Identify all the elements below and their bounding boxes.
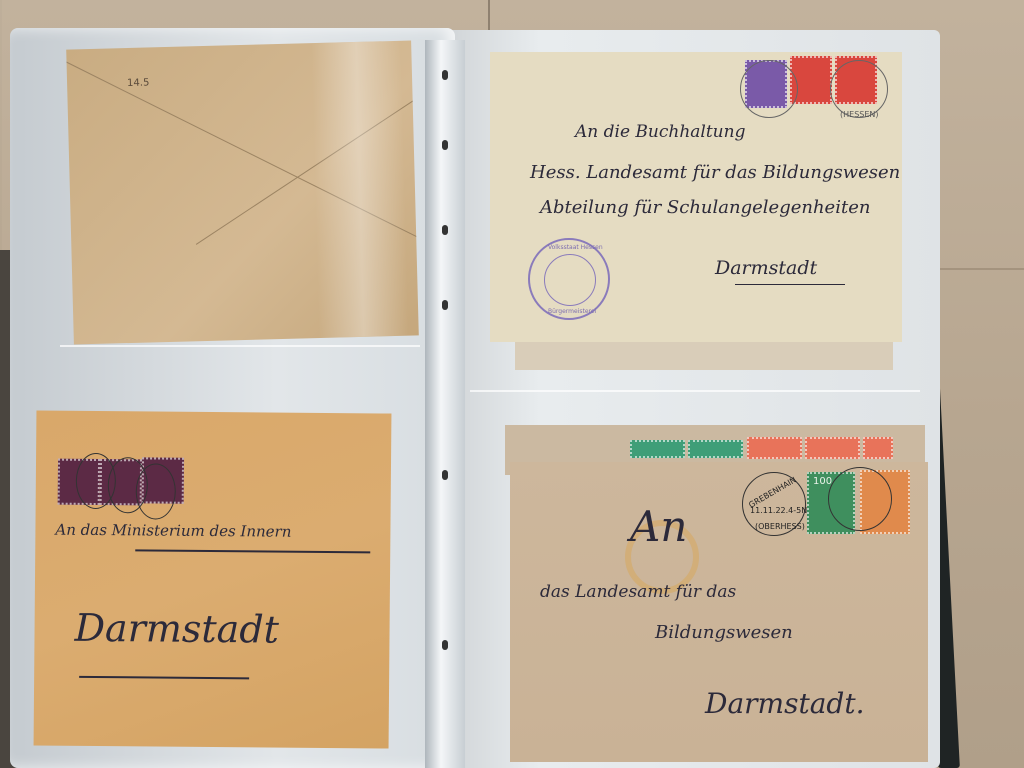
backstamp: 14.5 (127, 77, 150, 89)
postmark-text: (HESSEN) (840, 110, 879, 119)
address-line-2: Bildungswesen (655, 622, 793, 643)
postmark (828, 467, 892, 531)
binder-hole (442, 70, 448, 80)
city: Darmstadt (74, 606, 279, 652)
binder-hole (442, 140, 448, 150)
stamp-red (863, 437, 893, 459)
binder-hole (442, 640, 448, 650)
pocket-divider (470, 390, 920, 392)
seal-text-top: Volksstaat Hessen (548, 244, 603, 251)
stamp-green (688, 440, 743, 458)
salutation: An (630, 502, 687, 551)
city: Darmstadt (715, 257, 817, 279)
plastic-glare (311, 41, 409, 338)
coat-of-arms (544, 254, 596, 306)
postmark (136, 463, 176, 519)
address-line-3: Abteilung für Schulangelegenheiten (540, 197, 870, 218)
stamp-red (805, 437, 860, 459)
official-seal: Volksstaat Hessen Bürgermeisterei (528, 238, 610, 320)
stamp-red (747, 437, 802, 459)
pocket-divider (60, 345, 420, 347)
postmark-date: 11.11.22.4-5N (750, 506, 807, 515)
address-line-1: das Landesamt für das (540, 582, 736, 602)
postmark (740, 60, 798, 118)
envelope-bottom-right: 100 GREBENHAIN 11.11.22.4-5N (OBERHESS) … (510, 462, 928, 762)
binder-hole (442, 300, 448, 310)
envelope-back-top-left: 14.5 (66, 41, 419, 345)
address-line-1: An die Buchhaltung (575, 122, 745, 142)
city-underline (79, 676, 249, 679)
cardboard-seam (940, 268, 1024, 270)
postmark-region: (OBERHESS) (755, 522, 805, 531)
binder-hole (442, 470, 448, 480)
city-underline (735, 284, 845, 285)
seal-text-bottom: Bürgermeisterei (548, 308, 596, 315)
address-underline (135, 549, 370, 553)
city: Darmstadt. (705, 687, 864, 720)
address-line-1: An das Ministerium des Innern (55, 521, 291, 541)
binder-hole (442, 225, 448, 235)
stamp-value: 100 (813, 476, 832, 487)
envelope-bottom-left: An das Ministerium des Innern Darmstadt (34, 410, 392, 748)
address-line-2: Hess. Landesamt für das Bildungswesen (530, 162, 900, 183)
stamp-green (630, 440, 685, 458)
